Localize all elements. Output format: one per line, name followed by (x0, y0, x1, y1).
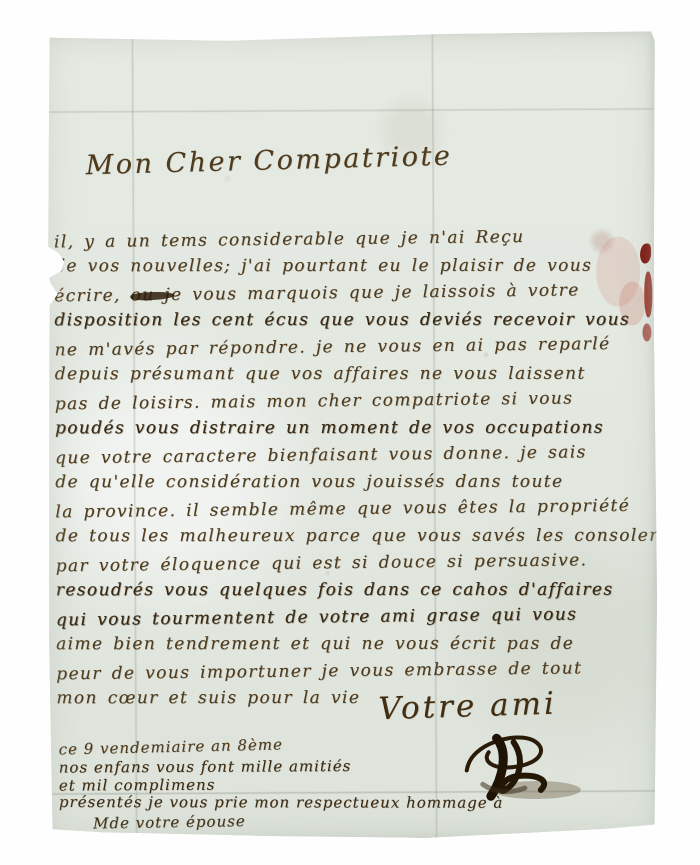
postscript-line: Mde votre épouse (93, 808, 504, 832)
letter-line: que votre caractere bienfaisant vous don… (55, 442, 651, 476)
letter-line: qui vous tourmentent de votre ami grase … (56, 604, 652, 638)
letter-line: par votre éloquence qui est si douce si … (56, 550, 652, 584)
postscript-line: et mil complimens (59, 774, 504, 794)
date-line: ce 9 vendemiaire an 8ème (58, 735, 283, 758)
closing-valediction: Votre ami (378, 686, 558, 728)
letter-line: resoudrés vous quelques fois dans ce cah… (56, 580, 652, 608)
letter-line: poudés vous distraire un moment de vos o… (55, 418, 651, 446)
letter-line: pas de loisirs. mais mon cher compatriot… (55, 388, 651, 422)
letter-line: peur de vous importuner je vous embrasse… (56, 658, 652, 692)
letter-line: la province. il semble même que vous ête… (55, 496, 651, 530)
letter-sheet: Mon Cher Compatriote il, y a un tems con… (43, 31, 660, 840)
letter-body: il, y a un tems considerable que je n'ai… (54, 227, 653, 716)
postscript-line: nos enfans vous font mille amitiés (59, 756, 504, 776)
letter-line: de vos nouvelles; j'ai pourtant eu le pl… (54, 256, 650, 284)
letter-line: de qu'elle considération vous jouissés d… (55, 472, 651, 500)
letter-line: aime bien tendrement et qui ne vous écri… (56, 634, 652, 662)
letter-line: de tous les malheureux parce que vous sa… (56, 526, 652, 554)
salutation: Mon Cher Compatriote (85, 141, 452, 182)
horizontal-fold-crease (43, 107, 656, 113)
letter-line: disposition les cent écus que vous devié… (54, 310, 650, 338)
photo-background: Mon Cher Compatriote il, y a un tems con… (0, 0, 700, 865)
letter-line: depuis présumant que vos affaires ne vou… (55, 364, 651, 392)
signature-flourish (439, 730, 599, 811)
letter-line: il, y a un tems considerable que je n'ai… (54, 226, 650, 260)
letter-line: mon cœur et suis pour la vie (56, 688, 652, 716)
letter-line: ne m'avés par répondre. je ne vous en ai… (54, 334, 650, 368)
postscript: nos enfans vous font mille amitiés et mi… (59, 756, 504, 830)
